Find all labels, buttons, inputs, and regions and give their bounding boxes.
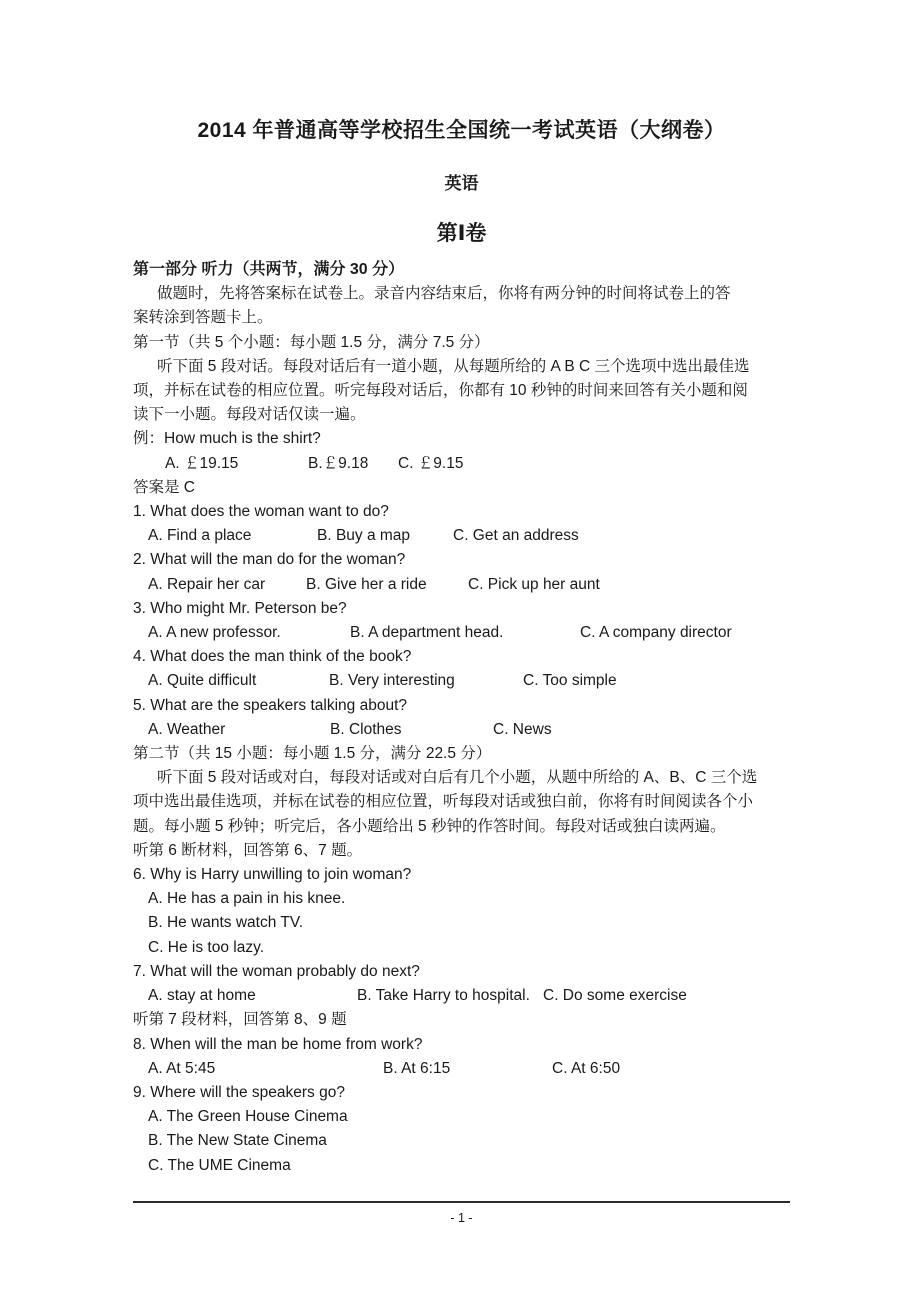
- question-line: 5. What are the speakers talking about?: [133, 694, 790, 718]
- question-line: 7. What will the woman probably do next?: [133, 960, 790, 984]
- option-c: C. Get an address: [453, 524, 579, 548]
- option-b: B. Buy a map: [317, 524, 453, 548]
- section-heading: 第一部分 听力（共两节，满分 30 分）: [133, 258, 790, 282]
- paragraph-line: 第一节（共 5 个小题：每小题 1.5 分，满分 7.5 分）: [133, 331, 790, 355]
- option-a: A. A new professor.: [148, 621, 350, 645]
- subject-heading: 英语: [133, 172, 790, 196]
- option-c: C. Do some exercise: [543, 984, 687, 1008]
- page-footer: - 1 -: [133, 1201, 790, 1225]
- document-body: 第一部分 听力（共两节，满分 30 分）做题时，先将答案标在试卷上。录音内容结束…: [133, 258, 790, 1178]
- question-line: 2. What will the man do for the woman?: [133, 548, 790, 572]
- option-line: C. He is too lazy.: [133, 936, 790, 960]
- option-c: C. ￡9.15: [398, 452, 463, 476]
- paragraph-line: 题。每小题 5 秒钟；听完后，各小题给出 5 秒钟的作答时间。每段对话或独白读两…: [133, 815, 790, 839]
- question-line: 9. Where will the speakers go?: [133, 1081, 790, 1105]
- option-a: A. Repair her car: [148, 573, 306, 597]
- option-line: A. The Green House Cinema: [133, 1105, 790, 1129]
- option-c: C. Too simple: [523, 669, 617, 693]
- option-b: B.￡9.18: [308, 452, 398, 476]
- paragraph-line: 第二节（共 15 小题：每小题 1.5 分，满分 22.5 分）: [133, 742, 790, 766]
- question-line: 1. What does the woman want to do?: [133, 500, 790, 524]
- option-b: B. Give her a ride: [306, 573, 468, 597]
- option-a: A. ￡19.15: [165, 452, 308, 476]
- paragraph-line: 答案是 C: [133, 476, 790, 500]
- options-row: A. At 5:45B. At 6:15C. At 6:50: [133, 1057, 790, 1081]
- paragraph-line: 案转涂到答题卡上。: [133, 306, 790, 330]
- paragraph-line: 项，并标在试卷的相应位置。听完每段对话后，你都有 10 秒钟的时间来回答有关小题…: [133, 379, 790, 403]
- options-row: A. stay at homeB. Take Harry to hospital…: [133, 984, 790, 1008]
- question-line: 4. What does the man think of the book?: [133, 645, 790, 669]
- paragraph-line: 读下一小题。每段对话仅读一遍。: [133, 403, 790, 427]
- option-b: B. At 6:15: [383, 1057, 552, 1081]
- option-line: B. He wants watch TV.: [133, 911, 790, 935]
- paragraph-line: 听第 7 段材料，回答第 8、9 题: [133, 1008, 790, 1032]
- option-a: A. At 5:45: [148, 1057, 383, 1081]
- option-b: B. A department head.: [350, 621, 580, 645]
- paragraph-line: 听第 6 断材料，回答第 6、7 题。: [133, 839, 790, 863]
- options-row: A. ￡19.15B.￡9.18C. ￡9.15: [133, 452, 790, 476]
- option-line: A. He has a pain in his knee.: [133, 887, 790, 911]
- options-row: A. A new professor.B. A department head.…: [133, 621, 790, 645]
- paragraph-line: 听下面 5 段对话或对白，每段对话或对白后有几个小题，从题中所给的 A、B、C …: [133, 766, 790, 790]
- option-c: C. At 6:50: [552, 1057, 620, 1081]
- paragraph-line: 听下面 5 段对话。每段对话后有一道小题，从每题所给的 A B C 三个选项中选…: [133, 355, 790, 379]
- options-row: A. WeatherB. ClothesC. News: [133, 718, 790, 742]
- option-a: A. Weather: [148, 718, 330, 742]
- question-line: 6. Why is Harry unwilling to join woman?: [133, 863, 790, 887]
- page-number: - 1 -: [133, 1211, 790, 1225]
- page-title: 2014 年普通高等学校招生全国统一考试英语（大纲卷）: [133, 118, 790, 144]
- option-a: A. stay at home: [148, 984, 357, 1008]
- option-c: C. News: [493, 718, 552, 742]
- option-a: A. Quite difficult: [148, 669, 329, 693]
- question-line: 8. When will the man be home from work?: [133, 1033, 790, 1057]
- option-line: B. The New State Cinema: [133, 1129, 790, 1153]
- option-c: C. A company director: [580, 621, 732, 645]
- document-page: 2014 年普通高等学校招生全国统一考试英语（大纲卷） 英语 第Ⅰ卷 第一部分 …: [0, 0, 920, 1302]
- option-c: C. Pick up her aunt: [468, 573, 600, 597]
- option-a: A. Find a place: [148, 524, 317, 548]
- options-row: A. Find a placeB. Buy a mapC. Get an add…: [133, 524, 790, 548]
- option-line: C. The UME Cinema: [133, 1154, 790, 1178]
- option-b: B. Clothes: [330, 718, 493, 742]
- question-line: 3. Who might Mr. Peterson be?: [133, 597, 790, 621]
- paragraph-line: 做题时，先将答案标在试卷上。录音内容结束后，你将有两分钟的时间将试卷上的答: [133, 282, 790, 306]
- option-b: B. Very interesting: [329, 669, 523, 693]
- paragraph-line: 例：How much is the shirt?: [133, 427, 790, 451]
- footer-rule: [133, 1201, 790, 1203]
- option-b: B. Take Harry to hospital.: [357, 984, 543, 1008]
- options-row: A. Repair her carB. Give her a rideC. Pi…: [133, 573, 790, 597]
- volume-heading: 第Ⅰ卷: [133, 220, 790, 248]
- options-row: A. Quite difficultB. Very interestingC. …: [133, 669, 790, 693]
- paragraph-line: 项中选出最佳选项，并标在试卷的相应位置，听每段对话或独白前，你将有时间阅读各个小: [133, 790, 790, 814]
